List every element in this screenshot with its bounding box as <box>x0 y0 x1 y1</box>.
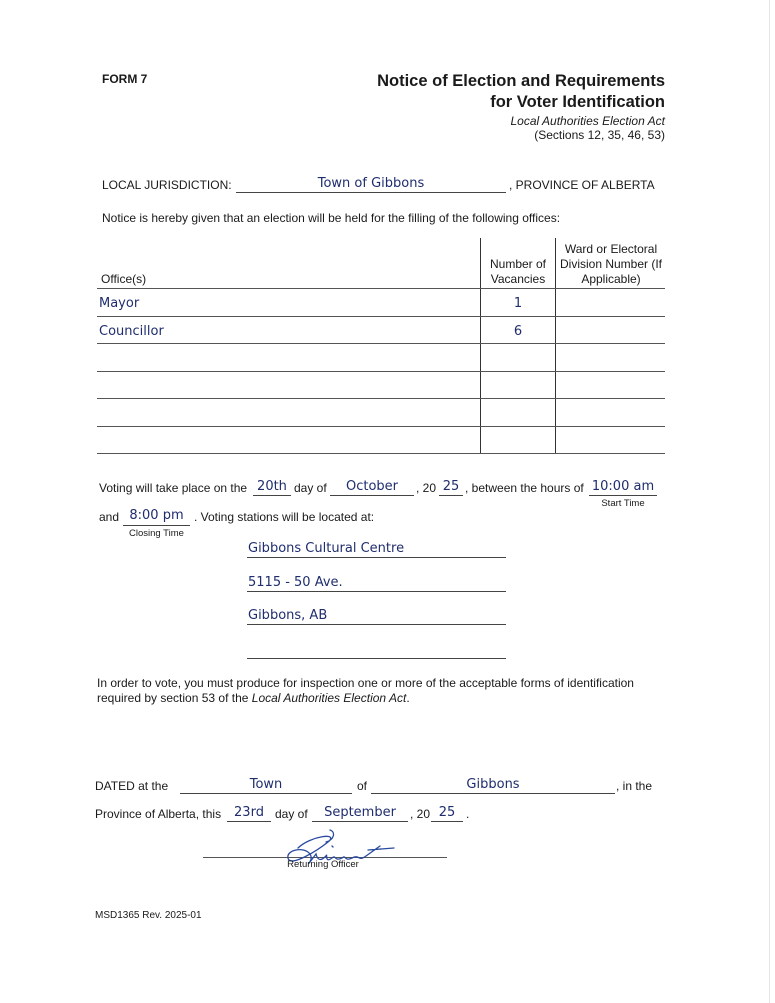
table-divider-vacancies <box>480 238 481 453</box>
identification-text-prefix: required by section 53 of the <box>97 691 248 705</box>
table-row-divider <box>97 426 665 427</box>
dated-month-underline <box>312 821 408 822</box>
voting-month-underline <box>330 495 414 496</box>
voting-month-field[interactable]: October <box>330 479 414 494</box>
jurisdiction-label: LOCAL JURISDICTION: <box>102 178 232 192</box>
table-row-divider <box>97 371 665 372</box>
start-time-caption: Start Time <box>589 498 657 509</box>
voting-year-prefix: , 20 <box>416 481 436 495</box>
table-row-divider <box>97 398 665 399</box>
identification-text-line2: required by section 53 of the Local Auth… <box>97 691 410 705</box>
municipality-name-underline <box>371 793 615 794</box>
table-header-divider <box>97 288 665 289</box>
dated-prefix: DATED at the <box>95 779 168 793</box>
identification-text-suffix: . <box>406 691 409 705</box>
notice-text: Notice is hereby given that an election … <box>102 211 560 225</box>
signature-caption: Returning Officer <box>283 859 363 870</box>
jurisdiction-underline <box>236 192 506 193</box>
voting-day-of-text: day of <box>294 481 327 495</box>
dated-end-text: . <box>466 807 469 821</box>
identification-act-name: Local Authorities Election Act <box>252 691 407 705</box>
voting-location-underline <box>247 658 506 659</box>
table-header-office: Office(s) <box>101 272 146 286</box>
municipality-type-field[interactable]: Town <box>180 777 352 792</box>
dated-in-the-text: , in the <box>616 779 652 793</box>
jurisdiction-suffix: , PROVINCE OF ALBERTA <box>509 178 655 192</box>
form-code: MSD1365 Rev. 2025-01 <box>95 910 202 921</box>
municipality-name-field[interactable]: Gibbons <box>371 777 615 792</box>
dated-year-field[interactable]: 25 <box>431 805 463 820</box>
jurisdiction-field[interactable]: Town of Gibbons <box>236 176 506 191</box>
act-sections: (Sections 12, 35, 46, 53) <box>534 128 665 142</box>
municipality-type-underline <box>180 793 352 794</box>
table-row-divider <box>97 343 665 344</box>
table-row-divider <box>97 316 665 317</box>
identification-text: In order to vote, you must produce for i… <box>97 676 634 690</box>
document-title-line1: Notice of Election and Requirements <box>377 72 665 91</box>
closing-time-underline <box>123 525 190 526</box>
voting-text-prefix: Voting will take place on the <box>99 481 247 495</box>
office-cell[interactable]: Mayor <box>99 296 139 311</box>
scan-edge-line <box>769 0 770 1003</box>
table-header-ward: Ward or Electoral Division Number (If Ap… <box>557 242 665 287</box>
voting-year-field[interactable]: 25 <box>439 479 463 494</box>
dated-day-field[interactable]: 23rd <box>227 805 271 820</box>
table-divider-ward <box>555 238 556 453</box>
voting-location-underline <box>247 591 506 592</box>
voting-and-text: and <box>99 510 119 524</box>
voting-location-field[interactable]: Gibbons Cultural Centre <box>248 541 404 556</box>
form-number: FORM 7 <box>102 72 147 86</box>
dated-day-underline <box>227 821 271 822</box>
voting-year-underline <box>439 495 463 496</box>
start-time-underline <box>589 495 657 496</box>
dated-of-text: of <box>357 779 367 793</box>
start-time-field[interactable]: 10:00 am <box>589 479 657 494</box>
voting-stations-text: . Voting stations will be located at: <box>194 510 374 524</box>
dated-month-field[interactable]: September <box>312 805 408 820</box>
dated-year-underline <box>431 821 463 822</box>
act-name: Local Authorities Election Act <box>510 114 665 128</box>
voting-location-field[interactable]: Gibbons, AB <box>248 608 327 623</box>
voting-location-field[interactable]: 5115 - 50 Ave. <box>248 575 343 590</box>
voting-between-text: , between the hours of <box>465 481 584 495</box>
voting-day-field[interactable]: 20th <box>253 479 291 494</box>
dated-province-text: Province of Alberta, this <box>95 807 221 821</box>
vacancies-cell[interactable]: 6 <box>481 324 555 339</box>
dated-day-of-text: day of <box>275 807 308 821</box>
voting-location-underline <box>247 557 506 558</box>
office-cell[interactable]: Councillor <box>99 324 164 339</box>
document-title-line2: for Voter Identification <box>490 93 665 112</box>
dated-year-prefix: , 20 <box>410 807 430 821</box>
voting-day-underline <box>253 495 291 496</box>
table-header-vacancies: Number of Vacancies <box>482 257 554 287</box>
table-row-divider <box>97 453 665 454</box>
closing-time-field[interactable]: 8:00 pm <box>123 508 190 523</box>
closing-time-caption: Closing Time <box>123 528 190 539</box>
voting-location-underline <box>247 624 506 625</box>
vacancies-cell[interactable]: 1 <box>481 296 555 311</box>
